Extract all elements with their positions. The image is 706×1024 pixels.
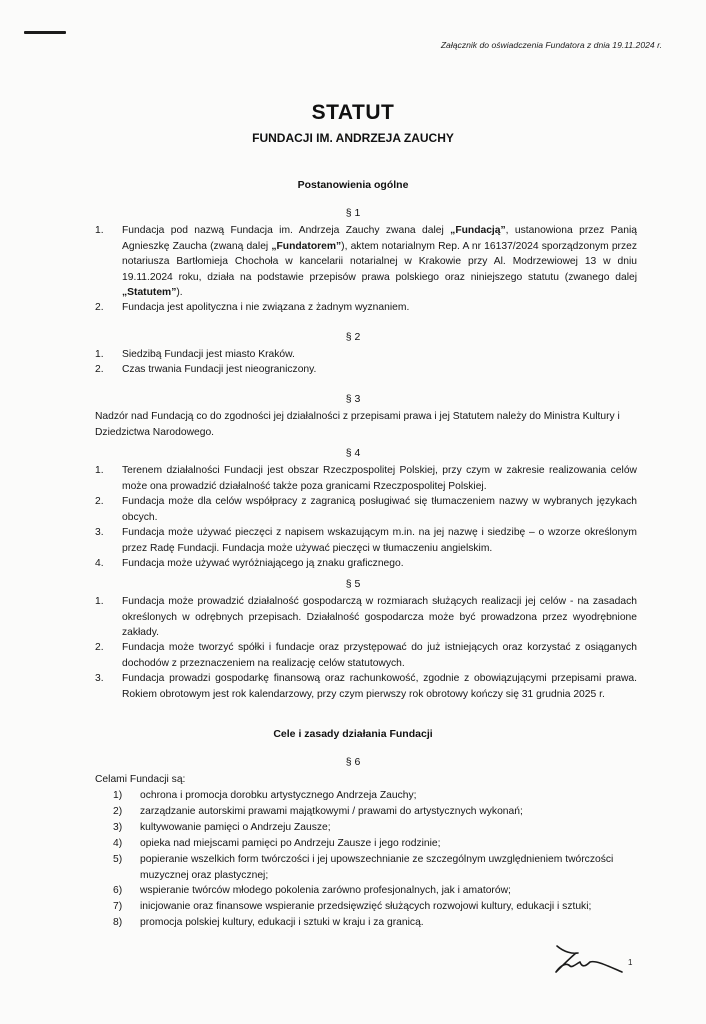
paragraph-mark-1: § 1	[0, 207, 706, 219]
list-item: 2. Czas trwania Fundacji jest nieogranic…	[95, 362, 637, 378]
item-number: 2)	[113, 804, 122, 820]
list-item: 1. Fundacja może prowadzić działalność g…	[95, 594, 637, 641]
annex-note: Załącznik do oświadczenia Fundatora z dn…	[441, 40, 662, 50]
section-heading-general: Postanowienia ogólne	[0, 179, 706, 191]
item-number: 1.	[95, 594, 104, 610]
item-number: 7)	[113, 899, 122, 915]
item-number: 1.	[95, 463, 104, 479]
item-text: promocja polskiej kultury, edukacji i sz…	[140, 915, 643, 931]
item-text: popieranie wszelkich form twórczości i j…	[140, 852, 643, 883]
item-text: zarządzanie autorskimi prawami majątkowy…	[140, 804, 643, 820]
paragraph-mark-5: § 5	[0, 578, 706, 590]
item-text: kultywowanie pamięci o Andrzeju Zausze;	[140, 820, 643, 836]
item-number: 1)	[113, 788, 122, 804]
goal-item: 8) promocja polskiej kultury, edukacji i…	[113, 915, 643, 931]
item-number: 1.	[95, 347, 104, 363]
item-number: 2.	[95, 300, 104, 316]
list-item: 2. Fundacja jest apolityczna i nie związ…	[95, 300, 637, 316]
item-text: Siedzibą Fundacji jest miasto Kraków.	[122, 347, 637, 363]
item-text: Czas trwania Fundacji jest nieograniczon…	[122, 362, 637, 378]
list-item: 2. Fundacja może tworzyć spółki i fundac…	[95, 640, 637, 671]
paragraph-mark-4: § 4	[0, 447, 706, 459]
item-text: Fundacja może tworzyć spółki i fundacje …	[122, 640, 637, 671]
document-title: STATUT	[0, 101, 706, 125]
item-number: 3.	[95, 671, 104, 687]
goal-item: 2) zarządzanie autorskimi prawami majątk…	[113, 804, 643, 820]
item-number: 6)	[113, 883, 122, 899]
list-item: 1. Terenem działalności Fundacji jest ob…	[95, 463, 637, 494]
item-number: 3.	[95, 525, 104, 541]
goal-item: 5) popieranie wszelkich form twórczości …	[113, 852, 643, 883]
paragraph-mark-3: § 3	[0, 393, 706, 405]
list-item: 1. Siedzibą Fundacji jest miasto Kraków.	[95, 347, 637, 363]
goal-item: 7) inicjowanie oraz finansowe wspieranie…	[113, 899, 643, 915]
scan-mark	[24, 31, 66, 34]
item-number: 2.	[95, 494, 104, 510]
item-number: 1.	[95, 223, 104, 239]
item-number: 4.	[95, 556, 104, 572]
goal-item: 1) ochrona i promocja dorobku artystyczn…	[113, 788, 643, 804]
list-item: 4. Fundacja może używać wyróżniającego j…	[95, 556, 637, 572]
page-number: 1	[628, 958, 632, 967]
item-text: Fundacja może dla celów współpracy z zag…	[122, 494, 637, 525]
item-text: inicjowanie oraz finansowe wspieranie pr…	[140, 899, 643, 915]
document-subtitle: FUNDACJI IM. ANDRZEJA ZAUCHY	[0, 131, 706, 145]
document-page: Załącznik do oświadczenia Fundatora z dn…	[0, 0, 706, 1024]
section-heading-goals: Cele i zasady działania Fundacji	[0, 728, 706, 740]
item-number: 2.	[95, 640, 104, 656]
paragraph-mark-2: § 2	[0, 331, 706, 343]
item-text: Fundacja pod nazwą Fundacja im. Andrzeja…	[122, 223, 637, 301]
item-text: Fundacja może używać pieczęci z napisem …	[122, 525, 637, 556]
list-item: 3. Fundacja może używać pieczęci z napis…	[95, 525, 637, 556]
goal-item: 6) wspieranie twórców młodego pokolenia …	[113, 883, 643, 899]
item-number: 8)	[113, 915, 122, 931]
list-item: 2. Fundacja może dla celów współpracy z …	[95, 494, 637, 525]
item-text: wspieranie twórców młodego pokolenia zar…	[140, 883, 643, 899]
paragraph-text: Nadzór nad Fundacją co do zgodności jej …	[95, 409, 640, 440]
list-item: 1. Fundacja pod nazwą Fundacja im. Andrz…	[95, 223, 637, 301]
item-number: 3)	[113, 820, 122, 836]
item-text: opieka nad miejscami pamięci po Andrzeju…	[140, 836, 643, 852]
goal-item: 3) kultywowanie pamięci o Andrzeju Zausz…	[113, 820, 643, 836]
item-text: Fundacja może używać wyróżniającego ją z…	[122, 556, 637, 572]
handwritten-signature-icon	[552, 942, 626, 983]
item-text: Fundacja jest apolityczna i nie związana…	[122, 300, 637, 316]
goals-intro: Celami Fundacji są:	[95, 772, 640, 788]
item-text: ochrona i promocja dorobku artystycznego…	[140, 788, 643, 804]
item-text: Fundacja może prowadzić działalność gosp…	[122, 594, 637, 641]
item-text: Fundacja prowadzi gospodarkę finansową o…	[122, 671, 637, 702]
item-text: Terenem działalności Fundacji jest obsza…	[122, 463, 637, 494]
item-number: 2.	[95, 362, 104, 378]
item-number: 4)	[113, 836, 122, 852]
item-number: 5)	[113, 852, 122, 868]
goal-item: 4) opieka nad miejscami pamięci po Andrz…	[113, 836, 643, 852]
list-item: 3. Fundacja prowadzi gospodarkę finansow…	[95, 671, 637, 702]
paragraph-mark-6: § 6	[0, 756, 706, 768]
